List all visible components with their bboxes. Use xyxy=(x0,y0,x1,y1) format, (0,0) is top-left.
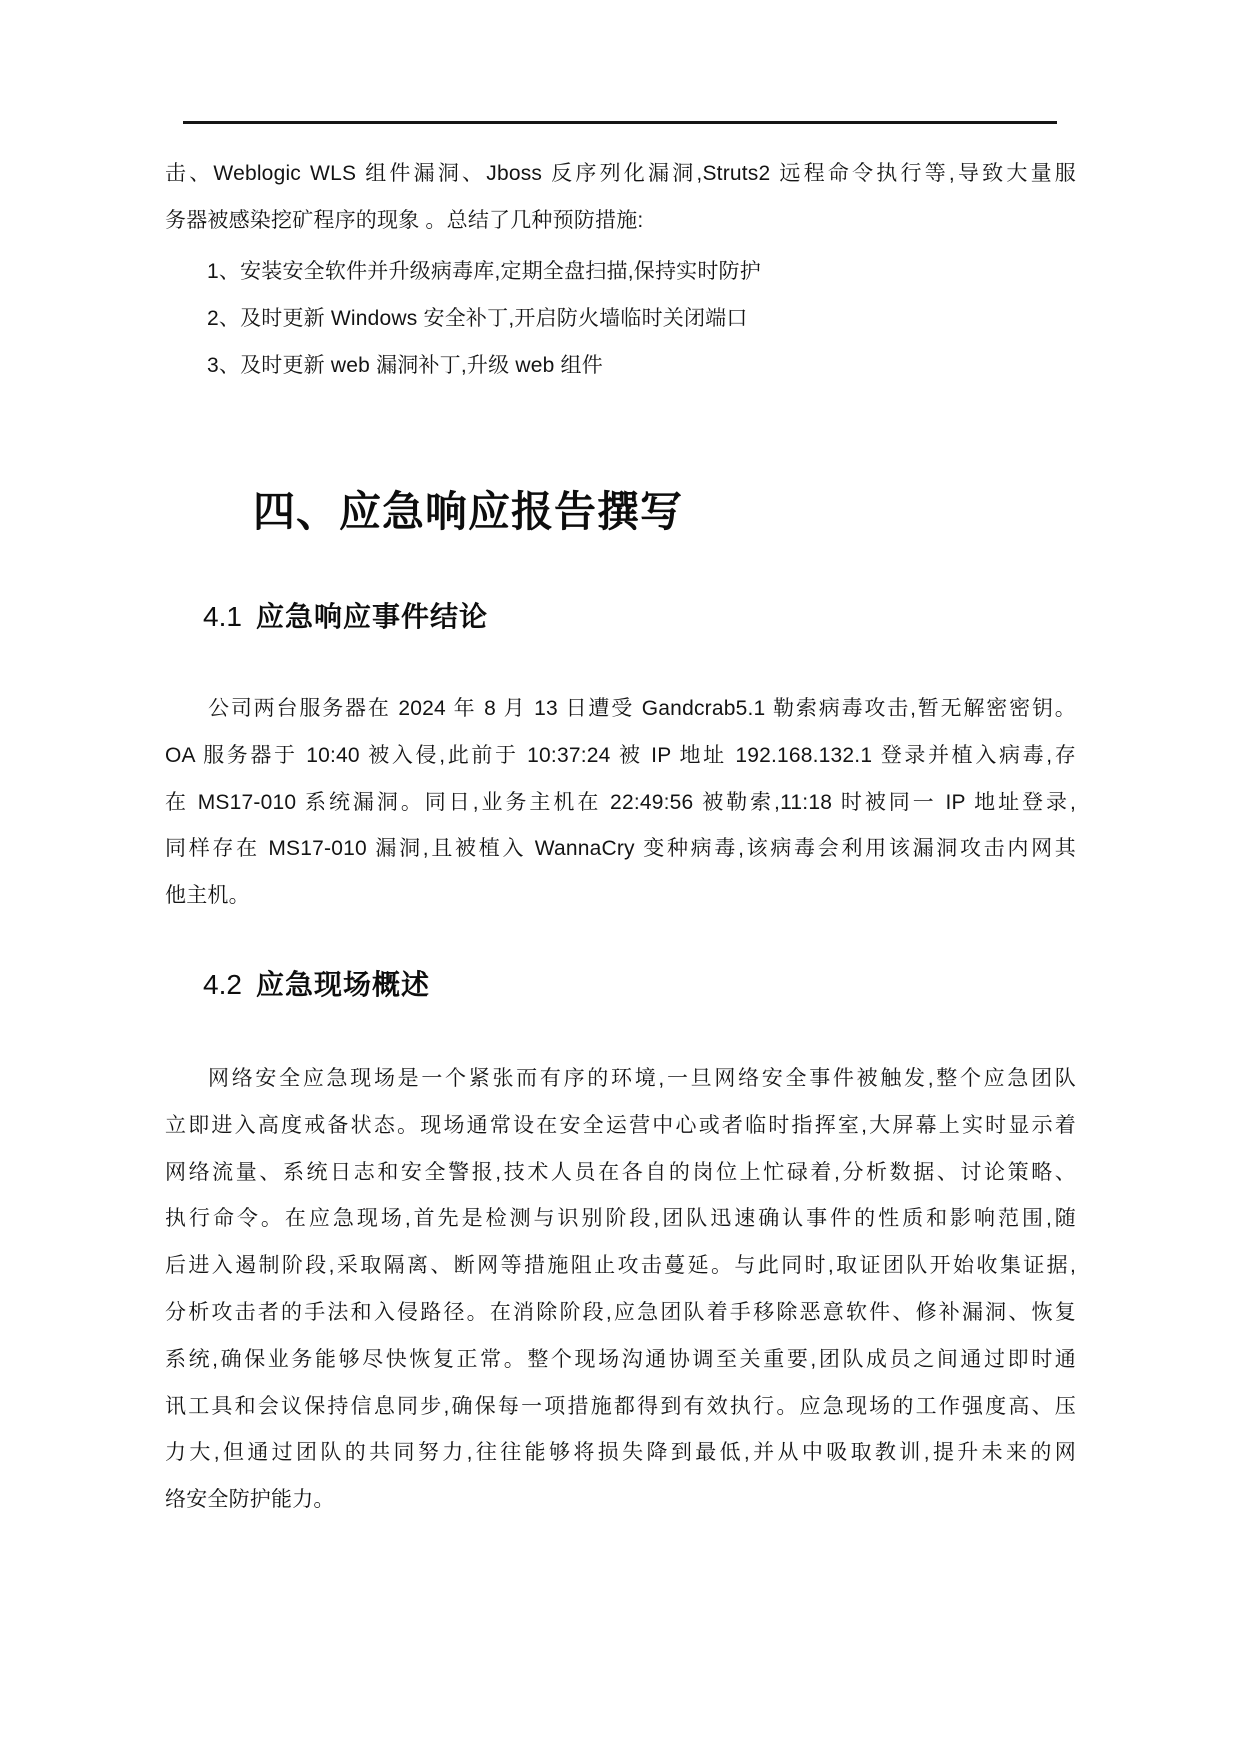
section-4-2-paragraph: 网络安全应急现场是一个紧张而有序的环境,一旦网络安全事件被触发,整个应急团队 立… xyxy=(165,1056,1076,1524)
section-title: 应急响应事件结论 xyxy=(256,601,488,632)
paragraph-line: 络安全防护能力。 xyxy=(165,1477,1076,1524)
continuation-paragraph: 击、Weblogic WLS 组件漏洞、Jboss 反序列化漏洞,Struts2… xyxy=(165,151,1076,245)
paragraph-line: 同样存在 MS17-010 漏洞,且被植入 WannaCry 变种病毒,该病毒会… xyxy=(165,826,1076,873)
list-item: 2、及时更新 Windows 安全补丁,开启防火墙临时关闭端口 xyxy=(207,296,1118,343)
prevention-list: 1、安装安全软件并升级病毒库,定期全盘扫描,保持实时防护 2、及时更新 Wind… xyxy=(165,249,1118,389)
paragraph-line: 分析攻击者的手法和入侵路径。在消除阶段,应急团队着手移除恶意软件、修补漏洞、恢复 xyxy=(165,1290,1076,1337)
section-number: 4.1 xyxy=(203,601,242,632)
list-item: 3、及时更新 web 漏洞补丁,升级 web 组件 xyxy=(207,343,1118,390)
paragraph-line: 系统,确保业务能够尽快恢复正常。整个现场沟通协调至关重要,团队成员之间通过即时通 xyxy=(165,1337,1076,1384)
paragraph-line: 网络流量、系统日志和安全警报,技术人员在各自的岗位上忙碌着,分析数据、讨论策略、 xyxy=(165,1150,1076,1197)
paragraph-line: 他主机。 xyxy=(165,873,1076,920)
paragraph-line: 务器被感染挖矿程序的现象 。总结了几种预防措施: xyxy=(165,198,1076,245)
section-4-1-paragraph: 公司两台服务器在 2024 年 8 月 13 日遭受 Gandcrab5.1 勒… xyxy=(165,686,1076,920)
section-title: 应急现场概述 xyxy=(256,969,430,1000)
section-heading-4-2: 4.2应急现场概述 xyxy=(165,968,1076,1002)
paragraph-line: 执行命令。在应急现场,首先是检测与识别阶段,团队迅速确认事件的性质和影响范围,随 xyxy=(165,1196,1076,1243)
section-number: 4.2 xyxy=(203,969,242,1000)
document-page: 击、Weblogic WLS 组件漏洞、Jboss 反序列化漏洞,Struts2… xyxy=(0,0,1241,1755)
paragraph-line: 在 MS17-010 系统漏洞。同日,业务主机在 22:49:56 被勒索,11… xyxy=(165,780,1076,827)
chapter-heading: 四、应急响应报告撰写 xyxy=(165,487,1076,537)
header-rule xyxy=(183,121,1057,124)
paragraph-line: 网络安全应急现场是一个紧张而有序的环境,一旦网络安全事件被触发,整个应急团队 xyxy=(165,1056,1076,1103)
paragraph-line: 公司两台服务器在 2024 年 8 月 13 日遭受 Gandcrab5.1 勒… xyxy=(165,686,1076,733)
list-item: 1、安装安全软件并升级病毒库,定期全盘扫描,保持实时防护 xyxy=(207,249,1118,296)
paragraph-line: 讯工具和会议保持信息同步,确保每一项措施都得到有效执行。应急现场的工作强度高、压 xyxy=(165,1384,1076,1431)
paragraph-line: 力大,但通过团队的共同努力,往往能够将损失降到最低,并从中吸取教训,提升未来的网 xyxy=(165,1430,1076,1477)
paragraph-line: 击、Weblogic WLS 组件漏洞、Jboss 反序列化漏洞,Struts2… xyxy=(165,151,1076,198)
paragraph-line: 后进入遏制阶段,采取隔离、断网等措施阻止攻击蔓延。与此同时,取证团队开始收集证据… xyxy=(165,1243,1076,1290)
paragraph-line: OA 服务器于 10:40 被入侵,此前于 10:37:24 被 IP 地址 1… xyxy=(165,733,1076,780)
paragraph-line: 立即进入高度戒备状态。现场通常设在安全运营中心或者临时指挥室,大屏幕上实时显示着 xyxy=(165,1103,1076,1150)
section-heading-4-1: 4.1应急响应事件结论 xyxy=(165,600,1076,634)
